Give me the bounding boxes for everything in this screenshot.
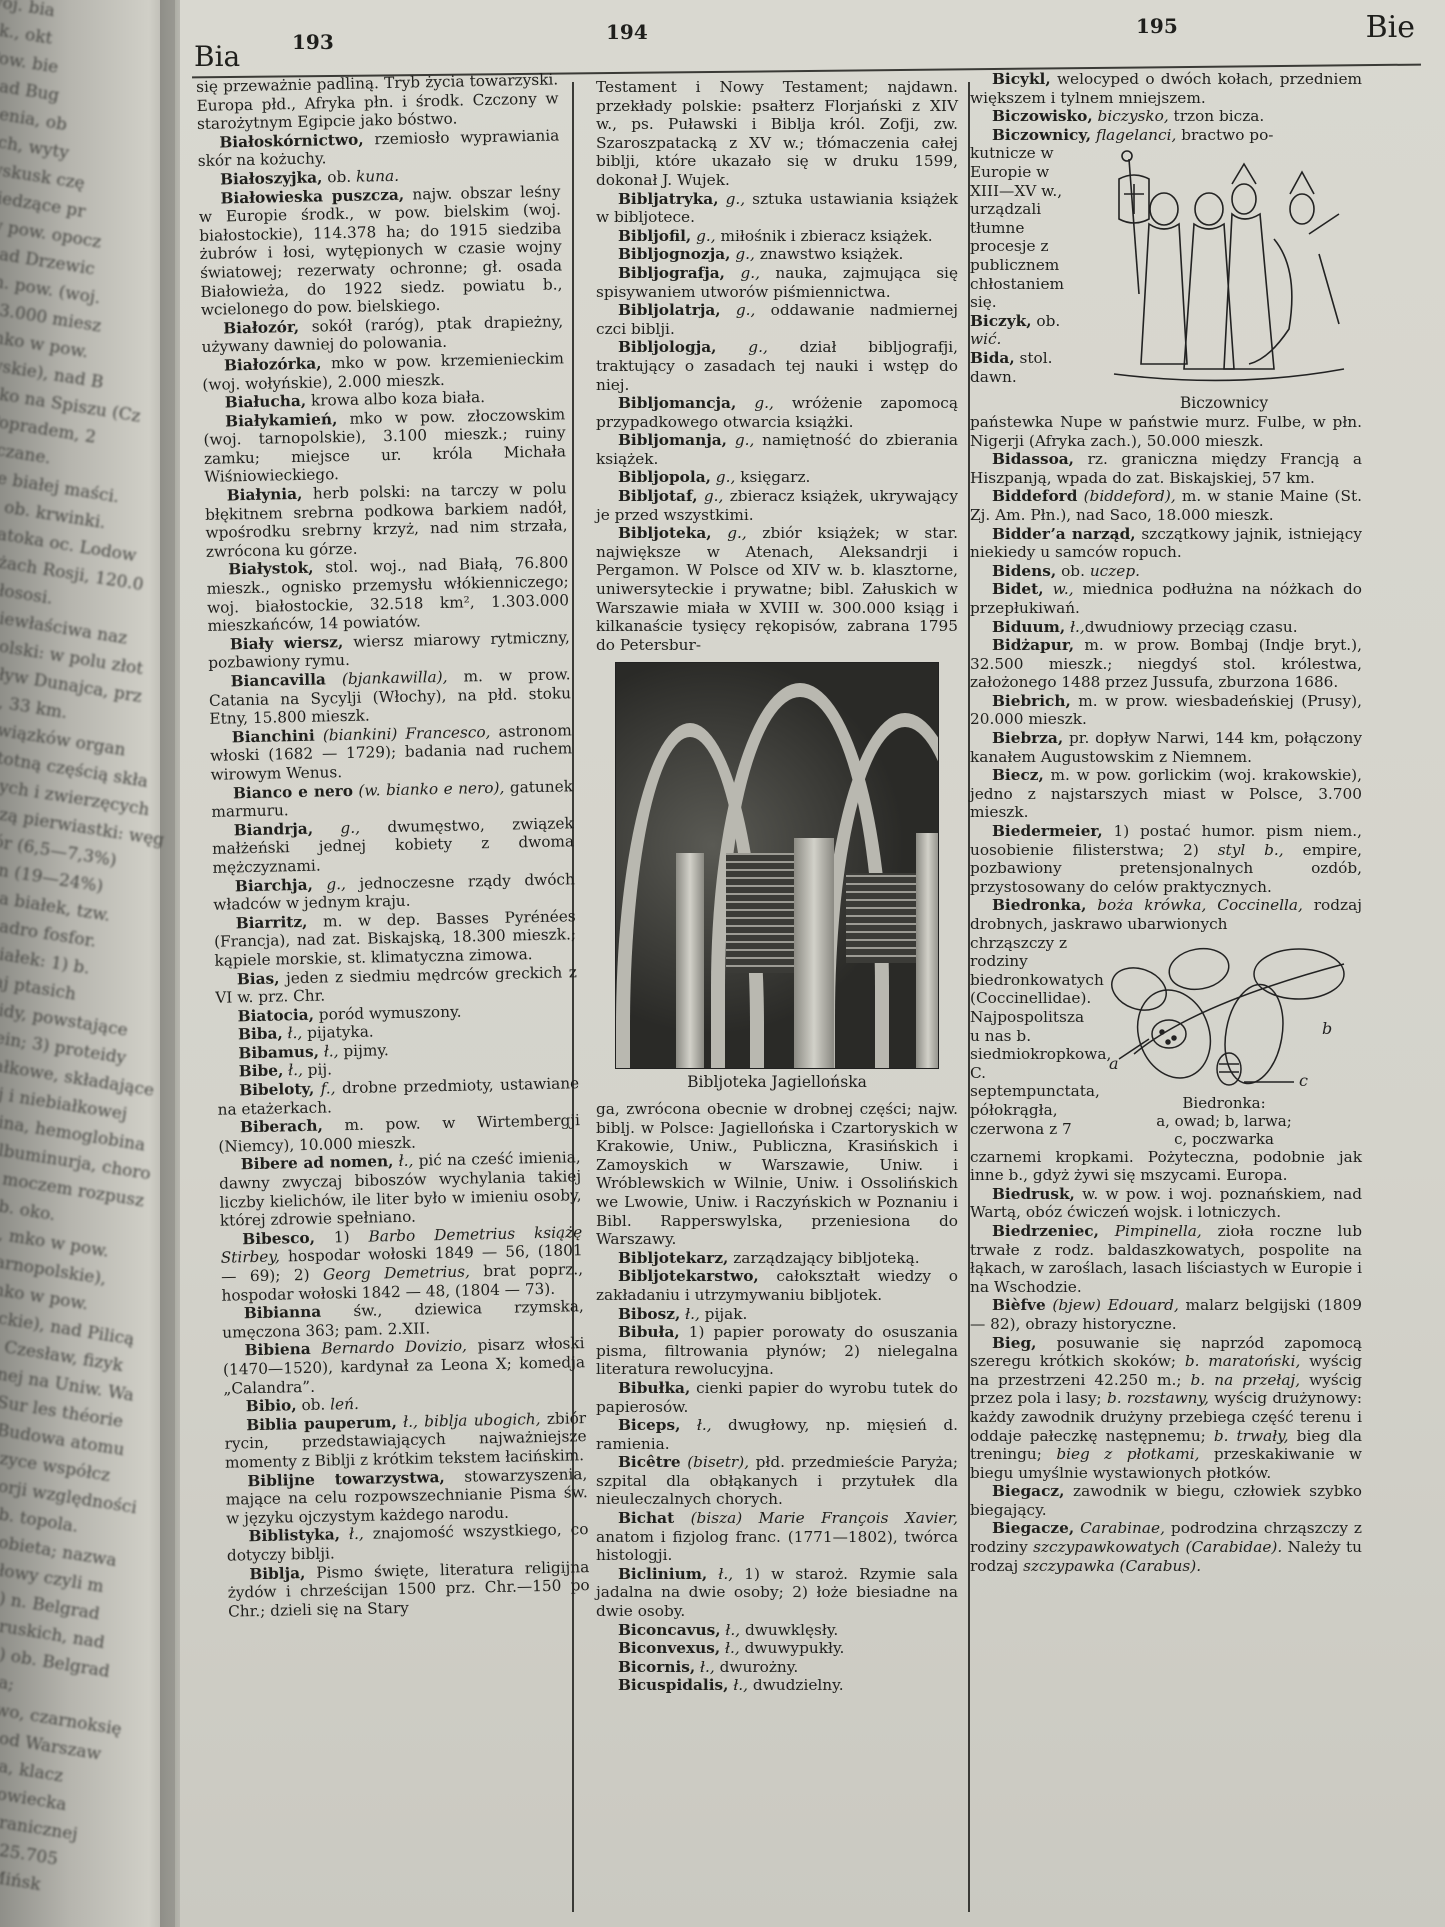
entry-headword: Bibljomanja, [618,431,727,449]
dictionary-entry: Biancavilla (bjankawilla), m. w prow. Ca… [208,665,571,728]
entry-italic: ł., [707,1565,733,1583]
dictionary-entry: Białynia, herb polski: na tarczy w polu … [205,479,568,561]
label-b: b [1322,1019,1332,1038]
figure-caption-flagellants: Biczownicy [1086,394,1362,413]
entry-italic: ł., [721,1621,741,1639]
dictionary-entry: Biconvexus, ł., dwuwypukły. [596,1639,958,1658]
dictionary-entry: Bibljolatrja, g., oddawanie nadmiernej c… [596,301,958,338]
encyclopedia-page: Bia 193 194 195 Bie się przeważnie padli… [180,0,1445,1927]
entry-text: dwuwypukły. [740,1639,845,1657]
entry-italic: (bisetr), [681,1453,749,1471]
dictionary-entry: czarnemi kropkami. Pożyteczna, podobnie … [970,1148,1362,1185]
entry-italic: ł., [1065,618,1085,636]
entry-italic: ł., [680,1305,700,1323]
entry-italic: wić. [970,330,1001,348]
entry-text: ob. [322,168,356,187]
dictionary-entry: Biblia pauperum, ł., biblja ubogich, zbi… [224,1409,587,1472]
dictionary-entry: Bibljoteka, g., zbiór książek; w star. n… [596,524,958,654]
page-header: Bia 193 194 195 Bie [180,0,1445,70]
entry-text: pijatyka. [302,1023,374,1042]
entry-text: znawstwo książek. [755,245,904,263]
entry-headword: Biarchja, [235,875,313,895]
dictionary-entry: Biebrich, m. w prow. wiesbadeńskiej (Pru… [970,692,1362,729]
entry-italic: g., [725,264,760,282]
page-number-195: 195 [1136,14,1178,38]
entry-headword: Bichat [618,1509,674,1527]
dictionary-entry: Testament i Nowy Testament; najdawn. prz… [596,78,958,190]
entry-headword: Bibere ad nomen, [241,1153,394,1174]
entry-headword: Bibamus, [238,1043,319,1063]
caption-line: a, owad; b, larwa; [1086,1112,1362,1130]
entry-headword: Białystok, [228,559,314,579]
entry-italic: g., [698,487,724,505]
entry-headword: Bibljologja, [618,338,716,356]
figure-side-text: chrząszczy z rodziny biedronkowatych (Co… [970,934,1080,1139]
entry-headword: Bibosz, [618,1305,680,1323]
entry-headword: Białucha, [225,392,307,412]
entry-italic: g., [712,524,747,542]
dictionary-entry: Bibljomancja, g., wróżenie zapomocą przy… [596,394,958,431]
entry-headword: Bibianna [244,1303,322,1323]
entry-headword: Bibeloty, [239,1080,314,1100]
entry-headword: Biegacze, [992,1519,1074,1537]
entry-headword: Bidet, [992,580,1044,598]
dictionary-entry: Bibuła, 1) papier porowaty do osuszania … [596,1323,958,1379]
entry-headword: Bicykl, [992,70,1051,88]
entry-headword: Bibesco, [242,1229,315,1249]
entry-headword: Biblistyka, [248,1526,340,1546]
entry-headword: Biebrich, [992,692,1071,710]
entry-text: dwurożny. [715,1658,799,1676]
entry-headword: Biedrusk, [992,1185,1075,1203]
dictionary-entry: Bianchini (biankini) Francesco, astronom… [210,721,573,784]
dictionary-entry: Biceps, ł., dwugłowy, np. mięsień d. ram… [596,1416,958,1453]
entry-italic: g., [711,468,735,486]
entry-italic: g., [313,818,360,837]
entry-headword: Biczowisko, [992,107,1093,125]
entry-italic: ł., biblja ubogich, [397,1410,541,1431]
entry-italic: biczysko, [1093,107,1169,125]
guide-word-right: Bie [1366,10,1415,45]
entry-headword: Biczownicy, [992,126,1091,144]
entry-italic: styl b., [1218,841,1284,859]
entry-headword: Bièfve [992,1296,1046,1314]
entry-italic: g., [716,338,767,356]
caption-title: Biedronka: [1086,1094,1362,1112]
entry-headword: Bidassoa, [992,450,1074,468]
entry-headword: Biedermeier, [992,822,1103,840]
entry-headword: Białozór, [223,318,299,338]
dictionary-entry: Bicykl, welocyped o dwóch kołach, przedn… [970,70,1362,107]
entry-italic: szczypawkowatych (Carabidae). [1033,1538,1282,1556]
dictionary-entry: Bibljomanja, g., namiętność do zbierania… [596,431,958,468]
entry-headword: Bibljopola, [618,468,711,486]
entry-italic: b. na przełaj, [1191,1371,1301,1389]
page-number-194: 194 [606,20,648,44]
dictionary-entry: Białykamień, mko w pow. złoczowskim (woj… [203,405,566,487]
entry-headword: Bidżapur, [992,636,1074,654]
previous-page-edge: woj. biagk., oktPow. bienad Buguenia, ob… [0,0,175,1927]
entry-italic: kuna. [356,167,399,186]
entry-headword: Biddeford [992,487,1077,505]
entry-headword: Bibe, [239,1062,284,1081]
entry-italic: ł., [319,1042,339,1060]
entry-headword: Biancavilla [230,670,326,690]
dictionary-entry: Bibljognozja, g., znawstwo książek. [596,245,958,264]
entry-text: ob. [1032,312,1061,330]
entry-italic: szczypawka (Carabus). [1023,1557,1201,1575]
dictionary-entry: Biddeford (biddeford), m. w stanie Maine… [970,487,1362,524]
entry-headword: Biceps, [618,1416,680,1434]
entry-italic: (bjew) Edouard, [1046,1296,1179,1314]
guide-word-left: Bia [194,40,240,73]
dictionary-entry: Bidet, w., miednica podłużna na nóżkach … [970,580,1362,617]
entry-italic: bieg z płotkami, [1056,1445,1199,1463]
dictionary-entry: Biegacze, Carabinae, podrodzina chrząszc… [970,1519,1362,1575]
entry-headword: Bianchini [232,726,315,746]
entry-headword: Bibułka, [618,1379,690,1397]
caption-line: c, poczwarka [1086,1130,1362,1148]
dictionary-entry: Bibljofil, g., miłośnik i zbieracz książ… [596,227,958,246]
entry-text: bractwo po- [1176,126,1273,144]
entry-headword: Bida, [970,349,1015,367]
entry-italic: g., [730,245,754,263]
entry-headword: Bibljofil, [618,227,691,245]
entry-headword: Bibio, [246,1396,297,1415]
dictionary-entry: Biedermeier, 1) postać humor. pism niem.… [970,822,1362,896]
entry-text: pij. [303,1061,333,1080]
dictionary-entry: Bibosz, ł., pijak. [596,1305,958,1324]
entry-headword: Biconcavus, [618,1621,721,1639]
entry-headword: Biedronka, [992,896,1086,914]
entry-headword: Białoszyjka, [220,168,323,188]
dictionary-entry: Biczowisko, biczysko, trzon bicza. [970,107,1362,126]
label-c: c [1299,1071,1308,1090]
entry-italic: ł., [680,1416,711,1434]
dictionary-entry: Białowieska puszcza, najw. obszar leśny … [198,182,563,320]
entry-italic: g., [721,301,756,319]
dictionary-entry: Bibesco, 1) Barbo Demetrius książę Stirb… [220,1223,583,1305]
figure-caption-ladybird: Biedronka: a, owad; b, larwa; c, poczwar… [1086,1094,1362,1148]
entry-headword: Bibljoteka, [618,524,712,542]
entry-italic: ł., [393,1152,413,1170]
dictionary-entry: Bibljotekarz, zarządzający bibljoteką. [596,1249,958,1268]
entry-headword: Biblia pauperum, [246,1413,397,1434]
entry-italic: (bisza) Marie François Xavier, [674,1509,958,1527]
entry-headword: Biberach, [240,1117,323,1137]
entry-headword: Bidens, [992,562,1056,580]
dictionary-entry: państewka Nupe w państwie murz. Fulbe, w… [970,413,1362,450]
entry-headword: Bianco e nero [233,781,353,802]
entry-headword: Biclinium, [618,1565,707,1583]
dictionary-entry: Biegacz, zawodnik w biegu, człowiek szyb… [970,1482,1362,1519]
entry-italic: Pimpinella, [1099,1222,1202,1240]
dictionary-entry: Bidens, ob. uczep. [970,562,1362,581]
entry-headword: Białynia, [227,485,303,505]
entry-text: ob. [1056,562,1090,580]
dictionary-entry: Biblja, Pismo święte, literatura religij… [227,1558,590,1621]
entry-italic: ł., [728,1676,748,1694]
entry-headword: Biconvexus, [618,1639,720,1657]
dictionary-entry: Bichat (bisza) Marie François Xavier, an… [596,1509,958,1565]
entry-headword: Biandrja, [234,819,314,839]
entry-headword: Bicornis, [618,1658,695,1676]
entry-headword: Bicuspidalis, [618,1676,728,1694]
page-number-193: 193 [292,30,334,54]
entry-headword: Biecz, [992,766,1044,784]
dictionary-entry: Biedronka, boża krówka, Coccinella, rodz… [970,896,1362,933]
dictionary-entry: Bidder’a narząd, szczątkowy jajnik, istn… [970,525,1362,562]
entry-text: anatom i fizjolog franc. (1771—1802), tw… [596,1528,958,1565]
entry-headword: Bidder’a narząd, [992,525,1136,543]
entry-text: pijmy. [338,1041,389,1060]
figure-flagellants: kutnicze w Europie w XIII—XV w., urządza… [970,144,1362,413]
dictionary-entry: Biclinium, ł., 1) w staroż. Rzymie sala … [596,1565,958,1621]
dictionary-entry: Bieg, posuwanie się naprzód zapomocą sze… [970,1334,1362,1483]
dictionary-entry: Bicornis, ł., dwurożny. [596,1658,958,1677]
dictionary-entry: Bicêtre (bisetr), płd. przedmieście Pary… [596,1453,958,1509]
entry-italic: w., [1044,580,1074,598]
entry-headword: Bias, [237,969,280,988]
entry-italic: ł., [283,1061,303,1079]
entry-italic: Carabinae, [1074,1519,1165,1537]
entry-italic: g., [727,431,754,449]
entry-text: ga, zwrócona obecnie w drobnej części; n… [596,1100,958,1248]
entry-italic: g., [736,394,774,412]
entry-headword: Biba, [238,1025,283,1044]
dictionary-entry: Bibljopola, g., księgarz. [596,468,958,487]
entry-headword: Białozórka, [224,354,322,374]
entry-text: miłośnik i zbieracz książek. [716,227,933,245]
dictionary-entry: Bibljatryka, g., sztuka ustawiania książ… [596,190,958,227]
dictionary-entry: Bibułka, cienki papier do wyrobu tutek d… [596,1379,958,1416]
entry-italic: (w. bianko e nero), [353,778,505,799]
label-a: a [1109,1054,1119,1073]
dictionary-entry: Bibiena Bernardo Dovizio, pisarz włoski … [222,1335,585,1398]
entry-headword: Bibuła, [618,1323,680,1341]
entry-text: ob. [296,1396,330,1415]
entry-italic: g., [313,875,346,894]
dictionary-entry: Biconcavus, ł., dwuwklęsły. [596,1621,958,1640]
dictionary-entry: Biandrja, g., dwumęstwo, związek małżeńs… [212,814,575,877]
entry-italic: (biddeford), [1077,487,1175,505]
entry-text: trzon bicza. [1169,107,1265,125]
flagellants-illustration [1094,144,1354,394]
entry-headword: Bibljografja, [618,264,725,282]
dictionary-entry: Bibljologja, g., dział bibljografji, tra… [596,338,958,394]
column-2: Testament i Nowy Testament; najdawn. prz… [596,78,958,1695]
dictionary-entry: Biedrusk, w. w pow. i woj. poznańskiem, … [970,1185,1362,1222]
entry-headword: Bibljomancja, [618,394,736,412]
entry-italic: f., [314,1079,336,1097]
dictionary-entry: Bibljotaf, g., zbieracz książek, ukrywaj… [596,487,958,524]
library-photo [615,662,939,1069]
entry-text: czarnemi kropkami. Pożyteczna, podobnie … [970,1148,1362,1185]
entry-italic: Georg Demetrius, [323,1263,470,1284]
entry-headword: Bibljatryka, [618,190,719,208]
entry-text: zbiór książek; w star. największe w Aten… [596,524,958,654]
entry-italic: ł., [695,1658,715,1676]
figure-ladybird: chrząszczy z rodziny biedronkowatych (Co… [970,934,1362,1148]
entry-headword: Bibljotekarstwo, [618,1267,759,1285]
dictionary-entry: Bicuspidalis, ł., dwudzielny. [596,1676,958,1695]
dictionary-entry: Biecz, m. w pow. gorlickim (woj. krakows… [970,766,1362,822]
entry-text: państewka Nupe w państwie murz. Fulbe, w… [970,413,1362,450]
entry-text: się przeważnie padliną. Tryb życia towar… [196,70,559,133]
entry-italic: ł., [283,1024,303,1042]
entry-italic: g., [719,190,746,208]
dictionary-entry: Bida, stol. dawn. [970,349,1080,386]
entry-headword: Biebrza, [992,729,1063,747]
dictionary-entry: Biarritz, m. w dep. Basses Pyrénées (Fra… [214,907,577,970]
entry-italic: b. trwały, [1214,1427,1289,1445]
entry-italic: flagelanci, [1091,126,1176,144]
dictionary-entry: Bibere ad nomen, ł., pić na cześć imieni… [219,1149,582,1231]
entry-headword: Białoskórnictwo, [219,130,364,151]
entry-headword: Biarritz, [236,913,308,932]
entry-text: dwudzielny. [748,1676,844,1694]
dictionary-entry: Bibljografja, g., nauka, zajmująca się s… [596,264,958,301]
dictionary-entry: Biblijne towarzystwa, stowarzyszenia, ma… [225,1465,588,1528]
entry-italic: uczep. [1090,562,1140,580]
dictionary-entry: Biebrza, pr. dopływ Narwi, 144 km, połąc… [970,729,1362,766]
entry-italic: b. rozstawny, [1107,1389,1209,1407]
entry-headword: Bibljotaf, [618,487,698,505]
dictionary-entry: Biczyk, ob. wić. [970,312,1080,349]
entry-headword: Biczyk, [970,312,1032,330]
dictionary-entry: ga, zwrócona obecnie w drobnej części; n… [596,1100,958,1249]
column-1: się przeważnie padliną. Tryb życia towar… [196,70,590,1621]
entry-headword: Bibljognozja, [618,245,730,263]
entry-italic: boża krówka, Coccinella, [1086,896,1303,914]
entry-headword: Bibljolatrja, [618,301,721,319]
dictionary-entry: się przeważnie padliną. Tryb życia towar… [196,70,559,133]
figure-side-text: kutnicze w Europie w XIII—XV w., urządza… [970,144,1080,311]
entry-headword: Biegacz, [992,1482,1064,1500]
entry-headword: Biały wiersz, [230,633,344,653]
entry-italic: g., [691,227,715,245]
entry-headword: Bibiena [244,1340,310,1359]
column-3: Bicykl, welocyped o dwóch kołach, przedn… [970,70,1362,1575]
entry-headword: Bieg, [992,1334,1037,1352]
entry-headword: Biduum, [992,618,1065,636]
entry-italic: leń. [330,1395,359,1414]
entry-headword: Biedrzeniec, [992,1222,1099,1240]
dictionary-entry: Biduum, ł.,dwudniowy przeciąg czasu. [970,618,1362,637]
dictionary-entry: Bièfve (bjew) Edouard, malarz belgijski … [970,1296,1362,1333]
entry-text: zarządzający bibljoteką. [728,1249,919,1267]
entry-italic: b. maratoński, [1185,1352,1301,1370]
entry-text: pijak. [700,1305,748,1323]
dictionary-entry: Bidżapur, m. w prow. Bombaj (Indje bryt.… [970,636,1362,692]
dictionary-entry: Biedrzeniec, Pimpinella, zioła roczne lu… [970,1222,1362,1296]
dictionary-entry: Biczownicy, flagelanci, bractwo po- [970,126,1362,145]
entry-italic: ł., [340,1525,364,1543]
entry-italic: ł., [720,1639,740,1657]
entry-text: księgarz. [735,468,810,486]
dictionary-entry: Bibljotekarstwo, całokształt wiedzy o za… [596,1267,958,1304]
dictionary-entry: Białystok, stol. woj., nad Białą, 76.800… [206,554,569,636]
entry-text: Testament i Nowy Testament; najdawn. prz… [596,78,958,189]
entry-headword: Białykamień, [225,410,337,430]
entry-text: poród wymuszony. [314,1002,462,1023]
entry-headword: Biatocia, [237,1005,314,1025]
entry-italic: (bjankawilla), [326,668,448,689]
entry-headword: Biblja, [249,1564,305,1583]
dictionary-entry: Bidassoa, rz. graniczna między Francją a… [970,450,1362,487]
entry-headword: Bibljotekarz, [618,1249,728,1267]
entry-headword: Bicêtre [618,1453,681,1471]
entry-text: dwuwklęsły. [740,1621,838,1639]
entry-text: 1) [315,1227,369,1246]
photo-caption: Bibljoteka Jagiellońska [596,1073,958,1092]
entry-text: dwudniowy przeciąg czasu. [1085,618,1298,636]
ladybird-illustration: a b c [1094,934,1354,1094]
